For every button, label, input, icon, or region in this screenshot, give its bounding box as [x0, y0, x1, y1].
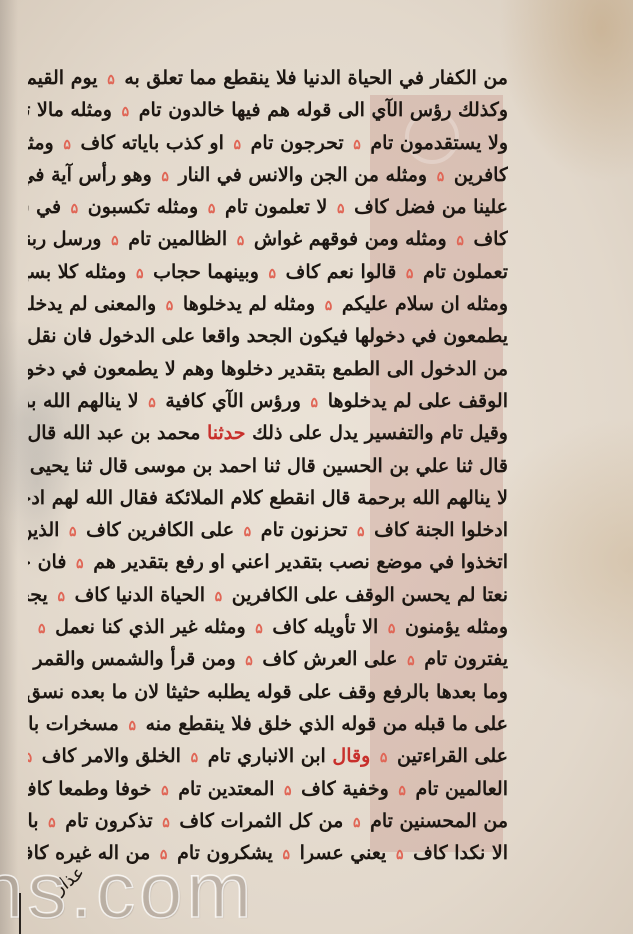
pause-mark-icon: ۵: [337, 201, 345, 217]
pause-mark-icon: ۵: [407, 653, 415, 669]
manuscript-line: كاف ۵ ومثله ومن فوقهم غواش ۵ الظالمين تا…: [28, 223, 508, 255]
pause-mark-icon: ۵: [245, 653, 253, 669]
pause-mark-icon: ۵: [191, 750, 199, 766]
manuscript-line: العالمين تام ۵ وخفية كاف ۵ المعتدين تام …: [28, 773, 508, 805]
site-watermark: ns.com: [0, 845, 255, 934]
line-segment: محمد بن عبد الله قال ثنا ابي: [28, 422, 207, 444]
pause-mark-icon: ۵: [162, 815, 170, 831]
pause-mark-icon: ۵: [161, 169, 169, 185]
pause-mark-icon: ۵: [388, 621, 396, 637]
pause-mark-icon: ۵: [396, 847, 404, 863]
manuscript-line: ومثله ان سلام عليكم ۵ ومثله لم يدخلوها ۵…: [28, 288, 508, 320]
pause-mark-icon: ۵: [237, 233, 245, 249]
pause-mark-icon: ۵: [437, 169, 445, 185]
manuscript-text-block: من الكفار في الحياة الدنيا فلا ينقطع مما…: [28, 62, 508, 869]
page-edge-line: [19, 893, 21, 934]
pause-mark-icon: ۵: [63, 137, 71, 153]
pause-mark-icon: ۵: [48, 815, 56, 831]
pause-mark-icon: ۵: [57, 589, 65, 605]
manuscript-line: وقيل تام والتفسير يدل على ذلك حدثنا محمد…: [28, 417, 508, 449]
manuscript-line: علينا من فضل كاف ۵ لا تعلمون تام ۵ ومثله…: [28, 191, 508, 223]
manuscript-line: لا ينالهم الله برحمة قال انقطع كلام المل…: [28, 482, 508, 514]
manuscript-line: ومثله يؤمنون ۵ الا تأويله كاف ۵ ومثله غي…: [28, 611, 508, 643]
pause-mark-icon: ۵: [28, 750, 32, 766]
manuscript-line: اتخذوا في موضع نصب بتقدير اعني او رفع بت…: [28, 546, 508, 578]
pause-mark-icon: ۵: [122, 104, 130, 120]
line-segment: ابن الانباري تام ۵ الخلق والامر كاف ۵ رب: [28, 745, 332, 767]
pause-mark-icon: ۵: [233, 137, 241, 153]
pause-mark-icon: ۵: [76, 556, 84, 572]
pause-mark-icon: ۵: [166, 298, 174, 314]
line-segment: على القراءتين ۵: [370, 745, 508, 767]
pause-mark-icon: ۵: [311, 395, 319, 411]
pause-mark-icon: ۵: [71, 201, 79, 217]
manuscript-line: كافرين ۵ ومثله من الجن والانس في النار ۵…: [28, 159, 508, 191]
pause-mark-icon: ۵: [325, 298, 333, 314]
pause-mark-icon: ۵: [353, 137, 361, 153]
pause-mark-icon: ۵: [136, 266, 144, 282]
manuscript-line: من الدخول الى الطمع بتقدير دخلوها وهم لا…: [28, 353, 508, 385]
pause-mark-icon: ۵: [406, 266, 414, 282]
manuscript-line: وما بعدها بالرفع وقف على قوله يطلبه حثيث…: [28, 676, 508, 708]
pause-mark-icon: ۵: [282, 847, 290, 863]
pause-mark-icon: ۵: [380, 750, 388, 766]
manuscript-line: يفترون تام ۵ على العرش كاف ۵ ومن قرأ وال…: [28, 643, 508, 675]
manuscript-line: نعتا لم يحسن الوقف على الكافرين ۵ الحياة…: [28, 579, 508, 611]
manuscript-page: من الكفار في الحياة الدنيا فلا ينقطع مما…: [0, 0, 633, 934]
pause-mark-icon: ۵: [161, 783, 169, 799]
rubric-word: حدثنا: [207, 422, 246, 444]
pause-mark-icon: ۵: [128, 718, 136, 734]
pause-mark-icon: ۵: [269, 266, 277, 282]
pause-mark-icon: ۵: [148, 395, 156, 411]
pause-mark-icon: ۵: [456, 233, 464, 249]
pause-mark-icon: ۵: [255, 621, 263, 637]
pause-mark-icon: ۵: [398, 783, 406, 799]
pause-mark-icon: ۵: [38, 621, 46, 637]
manuscript-line: على ما قبله من قوله الذي خلق فلا ينقطع م…: [28, 708, 508, 740]
pause-mark-icon: ۵: [69, 524, 77, 540]
manuscript-line: الوقف على لم يدخلوها ۵ ورؤس الآي كافية ۵…: [28, 385, 508, 417]
pause-mark-icon: ۵: [357, 524, 365, 540]
manuscript-line: ادخلوا الجنة كاف ۵ تحزنون تام ۵ على الكا…: [28, 514, 508, 546]
manuscript-line: على القراءتين ۵ وقال ابن الانباري تام ۵ …: [28, 740, 508, 772]
line-segment: وقيل تام والتفسير يدل على ذلك: [246, 422, 508, 444]
manuscript-line: تعملون تام ۵ قالوا نعم كاف ۵ وبينهما حجا…: [28, 256, 508, 288]
pause-mark-icon: ۵: [111, 233, 119, 249]
manuscript-line: من المحسنين تام ۵ من كل الثمرات كاف ۵ تذ…: [28, 805, 508, 837]
pause-mark-icon: ۵: [107, 72, 115, 88]
pause-mark-icon: ۵: [353, 815, 361, 831]
pause-mark-icon: ۵: [215, 589, 223, 605]
manuscript-line: قال ثنا علي بن الحسين قال ثنا احمد بن مو…: [28, 450, 508, 482]
manuscript-line: وكذلك رؤس الآي الى قوله هم فيها خالدون ت…: [28, 94, 508, 126]
manuscript-line: ولا يستقدمون تام ۵ تحرجون تام ۵ او كذب ب…: [28, 127, 508, 159]
rubric-word: وقال: [332, 745, 370, 767]
manuscript-line: من الكفار في الحياة الدنيا فلا ينقطع مما…: [28, 62, 508, 94]
pause-mark-icon: ۵: [284, 783, 292, 799]
pause-mark-icon: ۵: [208, 201, 216, 217]
pause-mark-icon: ۵: [244, 524, 252, 540]
manuscript-line: يطمعون في دخولها فيكون الجحد واقعا على ا…: [28, 320, 508, 352]
